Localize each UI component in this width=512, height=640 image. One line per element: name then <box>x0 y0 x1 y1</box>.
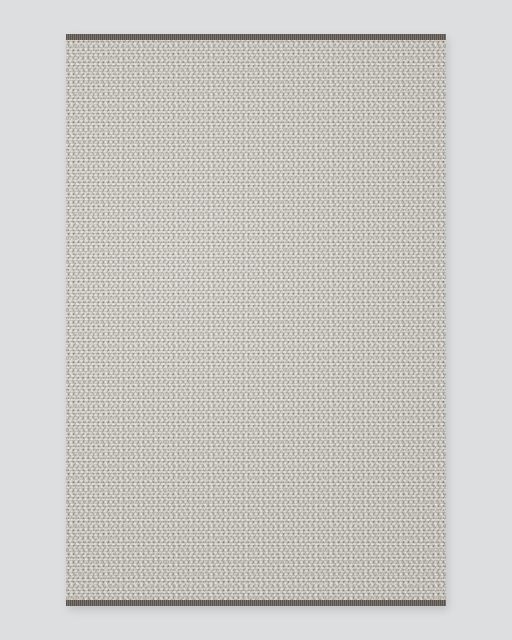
rug-bottom-binding <box>66 600 446 606</box>
rug-texture <box>66 40 446 600</box>
rug <box>66 34 446 606</box>
